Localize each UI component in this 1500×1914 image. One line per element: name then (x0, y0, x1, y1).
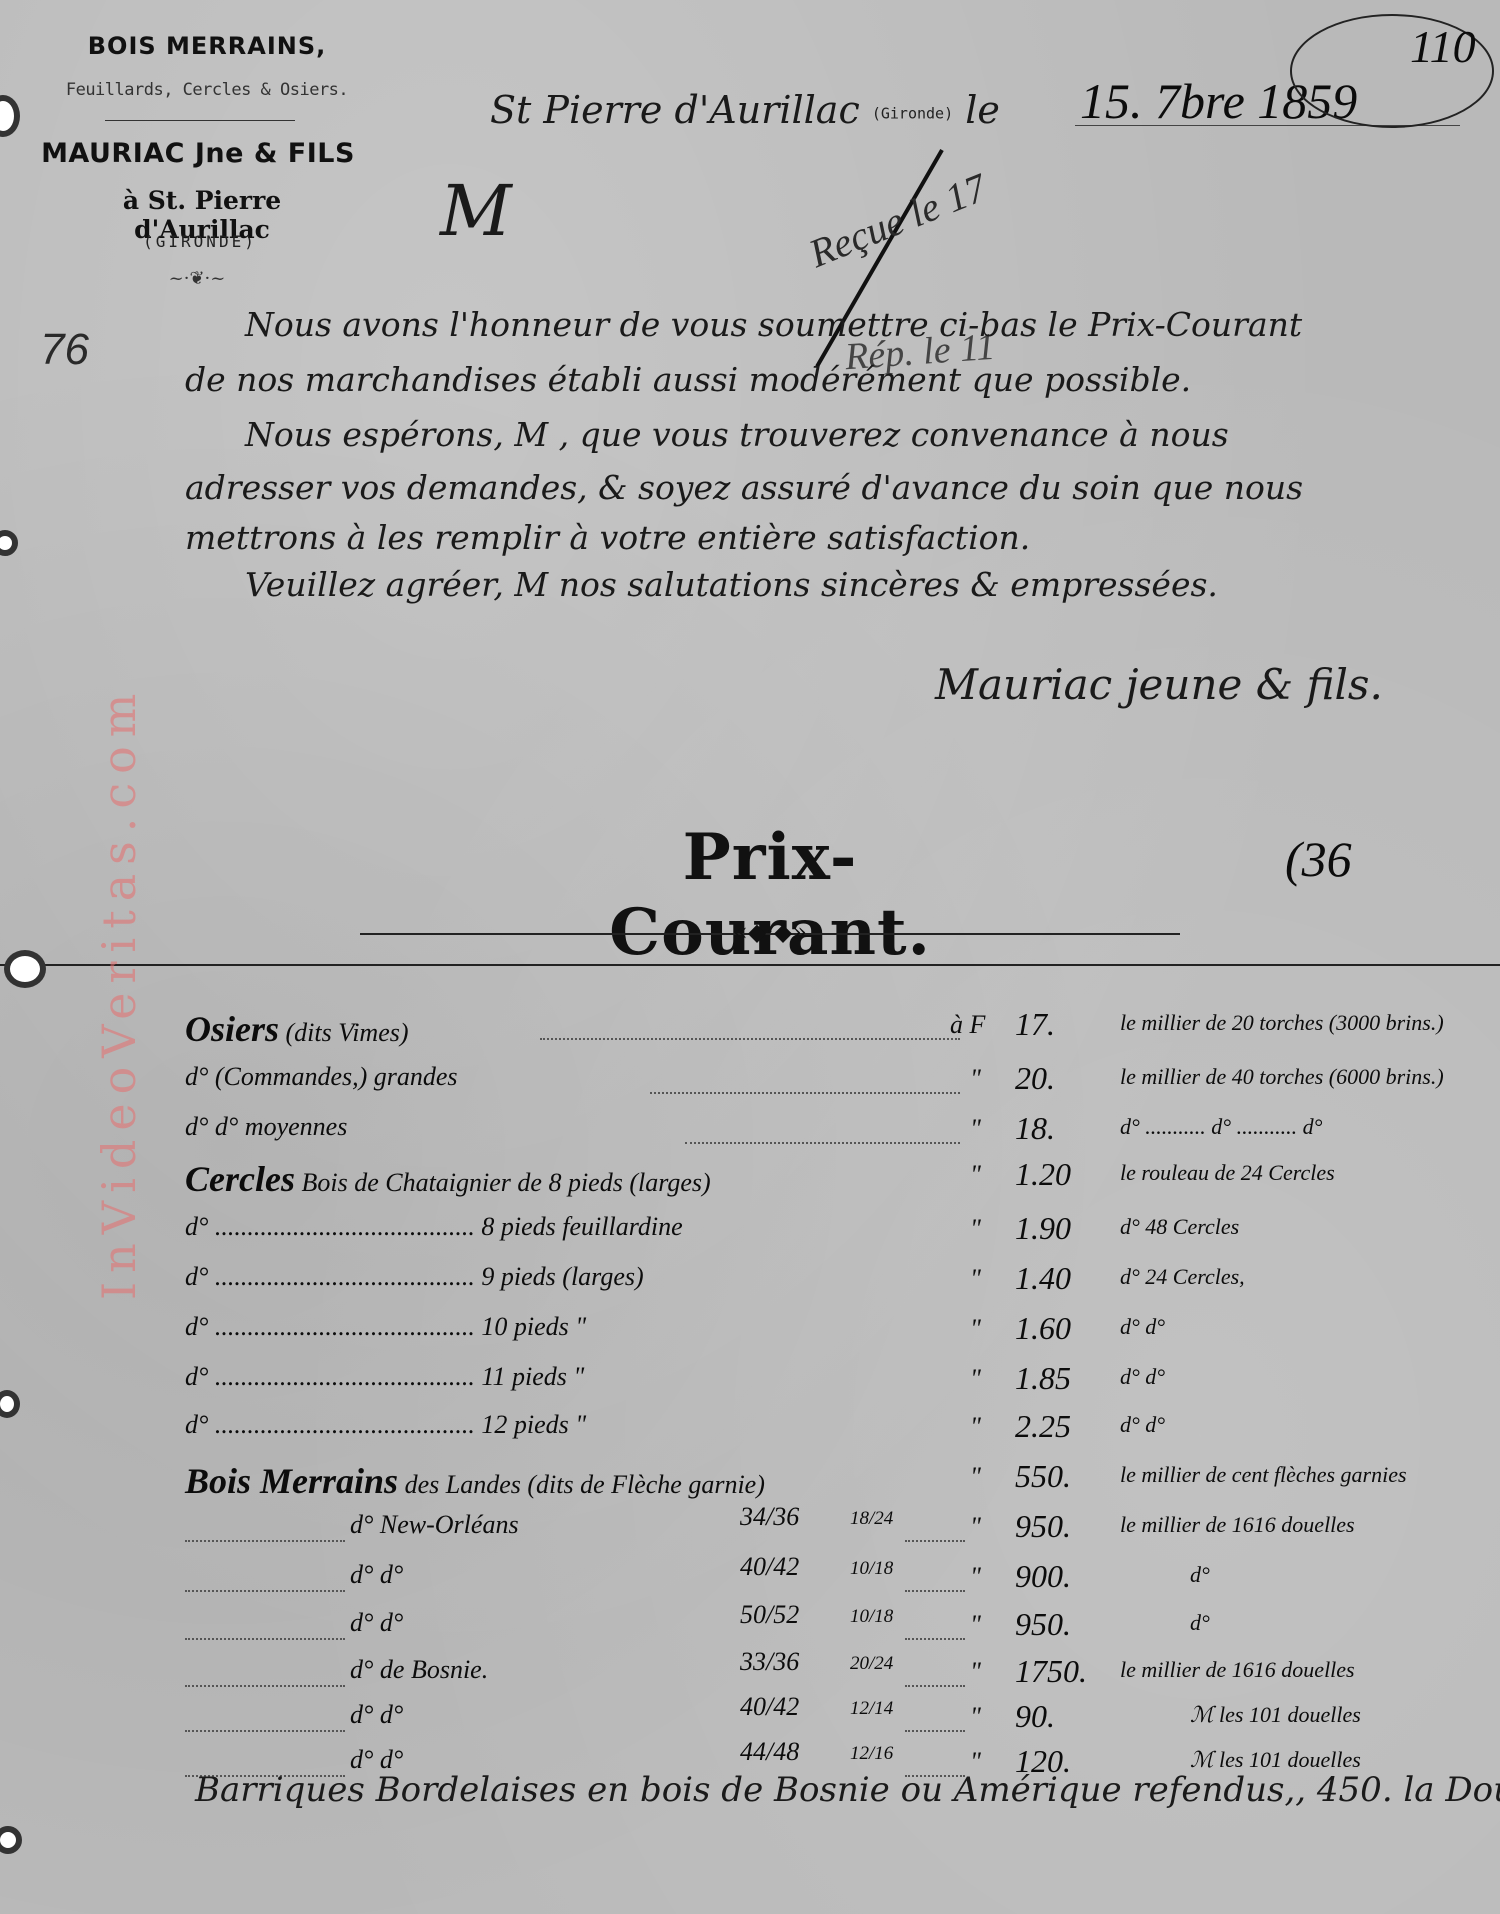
punch-hole (0, 95, 20, 137)
item-desc: d° .....................................… (185, 1212, 683, 1242)
price: 1750. (1015, 1653, 1125, 1690)
price: 900. (1015, 1558, 1125, 1595)
size: 33/36 (740, 1647, 799, 1677)
price: 950. (1015, 1508, 1125, 1545)
category: Cercles (185, 1159, 295, 1199)
unit-mark: " (970, 1412, 981, 1442)
body-line: Nous espérons, M , que vous trouverez co… (245, 415, 1229, 454)
firm-region: (GIRONDE) (130, 232, 270, 251)
punch-hole (0, 1390, 20, 1418)
price: 550. (1015, 1458, 1125, 1495)
item-desc: d° New-Orléans (350, 1510, 519, 1540)
price-row: Osiers (dits Vimes) à F 17. le millier d… (185, 1008, 1480, 1052)
letterhead-subtitle: Feuillards, Cercles & Osiers. (52, 80, 362, 100)
price: 1.90 (1015, 1210, 1125, 1247)
item-desc: d° (Commandes,) grandes (185, 1062, 458, 1092)
subsize: 20/24 (850, 1653, 893, 1675)
unit: le rouleau de 24 Cercles (1120, 1160, 1335, 1186)
unit-mark: " (970, 1702, 981, 1732)
size: 40/42 (740, 1552, 799, 1582)
body-line: Nous avons l'honneur de vous soumettre c… (245, 305, 1302, 344)
item-desc: d° .....................................… (185, 1312, 586, 1342)
unit-mark: " (970, 1064, 981, 1094)
margin-number: 76 (40, 325, 89, 375)
price: 2.25 (1015, 1408, 1125, 1445)
unit: d° 24 Cercles, (1120, 1264, 1245, 1290)
price-row: d° .....................................… (185, 1410, 1480, 1454)
price-row: d° .....................................… (185, 1312, 1480, 1356)
price: 950. (1015, 1606, 1125, 1643)
ornament-icon: «◆·◆» (720, 918, 820, 946)
punch-hole (0, 1826, 22, 1854)
price-row: Cercles Bois de Chataignier de 8 pieds (… (185, 1158, 1480, 1202)
barriques-line: Barriques Bordelaises en bois de Bosnie … (195, 1770, 1500, 1810)
subsize: 10/18 (850, 1606, 893, 1628)
unit-mark: " (970, 1610, 981, 1640)
body-line: mettrons à les remplir à votre entière s… (185, 518, 1030, 557)
price: 1.20 (1015, 1156, 1125, 1193)
unit: d° (1190, 1562, 1210, 1588)
price: 1.60 (1015, 1310, 1125, 1347)
price: 1.85 (1015, 1360, 1125, 1397)
unit-mark: " (970, 1462, 981, 1492)
unit: le millier de 1616 douelles (1120, 1512, 1355, 1538)
price-row: d° (Commandes,) grandes " 20. le millier… (185, 1062, 1480, 1106)
item-desc: (dits Vimes) (286, 1018, 409, 1047)
unit-mark: " (970, 1364, 981, 1394)
price: 1.40 (1015, 1260, 1125, 1297)
letterhead-rule (105, 120, 295, 121)
unit-mark: " (970, 1214, 981, 1244)
price-row: d° d° moyennes " 18. d° ........... d° .… (185, 1112, 1480, 1156)
size: 34/36 (740, 1502, 799, 1532)
unit-mark: " (970, 1512, 981, 1542)
price-row: d° .....................................… (185, 1212, 1480, 1256)
price: 18. (1015, 1110, 1125, 1147)
firm-name: MAURIAC Jne & FILS (28, 138, 368, 169)
subsize: 12/14 (850, 1698, 893, 1720)
unit: d° d° (1120, 1412, 1165, 1438)
size: 50/52 (740, 1600, 799, 1630)
item-desc: d° d° (350, 1560, 403, 1590)
subsize: 10/18 (850, 1558, 893, 1580)
body-line: adresser vos demandes, & soyez assuré d'… (185, 468, 1303, 507)
price-list-title: Prix-Courant. (530, 820, 1010, 970)
watermark: InVideoVeritas.com (92, 685, 146, 1300)
unit: d° d° (1120, 1314, 1165, 1340)
signature: Mauriac jeune & fils. (935, 660, 1383, 709)
price-row: d° de Bosnie. 33/36 20/24 " 1750. le mil… (185, 1655, 1480, 1699)
price-row: d° New-Orléans 34/36 18/24 " 950. le mil… (185, 1510, 1480, 1554)
unit: d° 48 Cercles (1120, 1214, 1239, 1240)
category: Bois Merrains (185, 1461, 398, 1501)
price-row: Bois Merrains des Landes (dits de Flèche… (185, 1460, 1480, 1504)
price-row: d° d° 40/42 12/14 " 90. ℳ les 101 douell… (185, 1700, 1480, 1744)
received-annotation: Reçue le 17 (802, 164, 993, 277)
punch-hole (0, 530, 18, 556)
unit-mark: " (970, 1314, 981, 1344)
item-desc: des Landes (dits de Flèche garnie) (405, 1470, 765, 1499)
item-desc: d° d° moyennes (185, 1112, 347, 1142)
unit-mark: " (970, 1562, 981, 1592)
price: 20. (1015, 1060, 1125, 1097)
unit: le millier de 1616 douelles (1120, 1657, 1355, 1683)
item-desc: d° d° (350, 1700, 403, 1730)
circled-36: (36 (1285, 830, 1352, 888)
unit-mark: " (970, 1657, 981, 1687)
dateline-place: St Pierre d'Aurillac (Gironde) le (490, 88, 1000, 132)
body-line: de nos marchandises établi aussi modérém… (185, 360, 1191, 399)
dateline-le: le (965, 88, 1000, 132)
price-row: d° d° 50/52 10/18 " 950. d° (185, 1608, 1480, 1652)
price-row: d° d° 40/42 10/18 " 900. d° (185, 1560, 1480, 1604)
dateline-town: St Pierre d'Aurillac (490, 88, 860, 132)
price-row: d° .....................................… (185, 1262, 1480, 1306)
unit-mark: " (970, 1160, 981, 1190)
unit: d° (1190, 1610, 1210, 1636)
unit: ℳ les 101 douelles (1190, 1702, 1361, 1728)
salutation: M (440, 170, 512, 252)
size: 44/48 (740, 1737, 799, 1767)
letterhead-title: BOIS MERRAINS, (72, 32, 342, 60)
unit-mark: " (970, 1114, 981, 1144)
circled-number: 110 (1410, 20, 1476, 73)
subsize: 12/16 (850, 1743, 893, 1765)
item-desc: d° d° (350, 1608, 403, 1638)
item-desc: d° .....................................… (185, 1262, 644, 1292)
category: Osiers (185, 1009, 279, 1049)
dateline-region: (Gironde) (872, 105, 953, 123)
unit: le millier de 40 torches (6000 brins.) (1120, 1064, 1444, 1090)
unit: d° d° (1120, 1364, 1165, 1390)
size: 40/42 (740, 1692, 799, 1722)
subsize: 18/24 (850, 1508, 893, 1530)
item-desc: Bois de Chataignier de 8 pieds (larges) (301, 1168, 710, 1197)
item-desc: d° .....................................… (185, 1362, 584, 1392)
price: 17. (1015, 1006, 1125, 1043)
price-row: d° .....................................… (185, 1362, 1480, 1406)
unit: le millier de cent flèches garnies (1120, 1462, 1407, 1488)
unit: d° ........... d° ........... d° (1120, 1114, 1322, 1140)
price: 90. (1015, 1698, 1125, 1735)
body-line: Veuillez agréer, M nos salutations sincè… (245, 565, 1218, 604)
unit-mark: " (970, 1264, 981, 1294)
unit-mark: à F (950, 1010, 985, 1040)
punch-hole (4, 950, 46, 988)
item-desc: d° de Bosnie. (350, 1655, 488, 1685)
unit: le millier de 20 torches (3000 brins.) (1120, 1010, 1444, 1036)
ornament-icon: ~·❦·~ (112, 268, 282, 289)
item-desc: d° .....................................… (185, 1410, 586, 1440)
